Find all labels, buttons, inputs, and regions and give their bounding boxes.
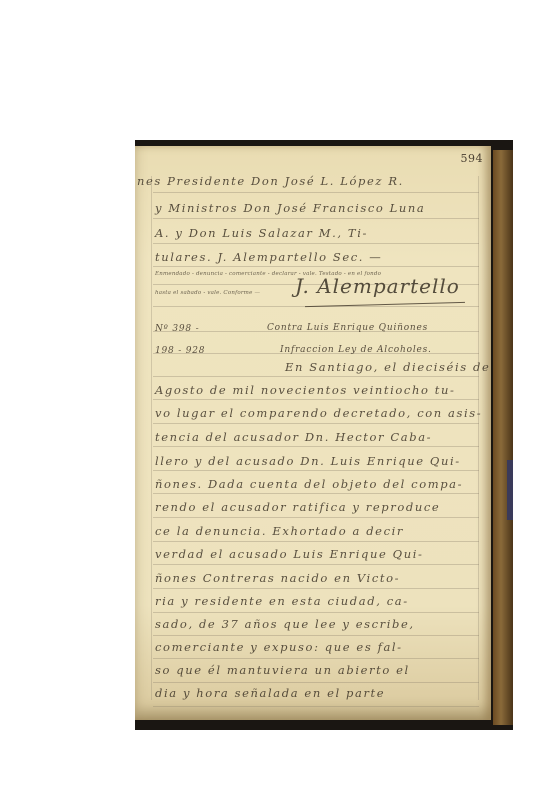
case-heading: Infraccion Ley de Alcoholes. — [280, 345, 432, 355]
rule-line — [153, 658, 479, 659]
handwritten-line: nes Presidente Don José L. López R. — [137, 174, 404, 188]
margin-rule-left — [151, 176, 152, 700]
rule-line — [153, 517, 479, 518]
signature: J. Alempartello — [295, 274, 460, 298]
handwritten-line: tulares. J. Alempartello Sec. — — [155, 250, 382, 264]
handwritten-line: y Ministros Don José Francisco Luna — [155, 201, 425, 215]
rule-line — [153, 376, 479, 377]
body-line: tencia del acusador Dn. Hector Caba- — [155, 430, 432, 444]
rule-line — [153, 493, 479, 494]
body-line: rendo el acusador ratifica y reproduce — [155, 500, 440, 514]
book-spine-marker — [507, 460, 513, 520]
rule-line — [153, 243, 479, 244]
handwritten-line: A. y Don Luis Salazar M., Ti- — [155, 226, 368, 240]
rule-line — [153, 399, 479, 400]
case-number: Nº 398 - — [155, 324, 199, 334]
body-line: llero y del acusado Dn. Luis Enrique Qui… — [155, 454, 461, 468]
marginal-note: hasta el sabado - vale. Conforme — — [155, 290, 260, 296]
body-line: sado, de 37 años que lee y escribe, — [155, 617, 415, 631]
page-number: 594 — [461, 152, 484, 165]
rule-line — [153, 541, 479, 542]
rule-line — [153, 635, 479, 636]
margin-rule-right — [478, 176, 479, 700]
file-number: 198 - 928 — [155, 346, 205, 356]
rule-line — [153, 588, 479, 589]
rule-line — [153, 682, 479, 683]
body-line: ce la denuncia. Exhortado a decir — [155, 524, 404, 538]
body-line: dia y hora señalada en el parte — [155, 686, 385, 700]
body-line: ñones Contreras nacido en Victo- — [155, 571, 400, 585]
body-line: verdad el acusado Luis Enrique Qui- — [155, 547, 423, 561]
body-line: En Santiago, el dieciséis de — [285, 360, 490, 374]
body-line: Agosto de mil novecientos veintiocho tu- — [155, 383, 455, 397]
case-heading: Contra Luis Enrique Quiñones — [267, 323, 428, 333]
rule-line — [153, 564, 479, 565]
rule-line — [153, 423, 479, 424]
rule-line — [153, 446, 479, 447]
body-line: so que él mantuviera un abierto el — [155, 663, 410, 677]
rule-line — [153, 612, 479, 613]
rule-line — [153, 192, 479, 193]
rule-line — [153, 218, 479, 219]
body-line: ria y residente en esta ciudad, ca- — [155, 594, 409, 608]
rule-line — [153, 266, 479, 267]
book-edge — [493, 150, 513, 725]
body-line: ñones. Dada cuenta del objeto del compa- — [155, 477, 463, 491]
body-line: comerciante y expuso: que es fal- — [155, 640, 403, 654]
body-line: vo lugar el comparendo decretado, con as… — [155, 406, 482, 420]
ledger-page: 594 nes Presidente Don José L. López R. … — [135, 146, 491, 720]
rule-line — [153, 706, 479, 707]
rule-line — [153, 470, 479, 471]
